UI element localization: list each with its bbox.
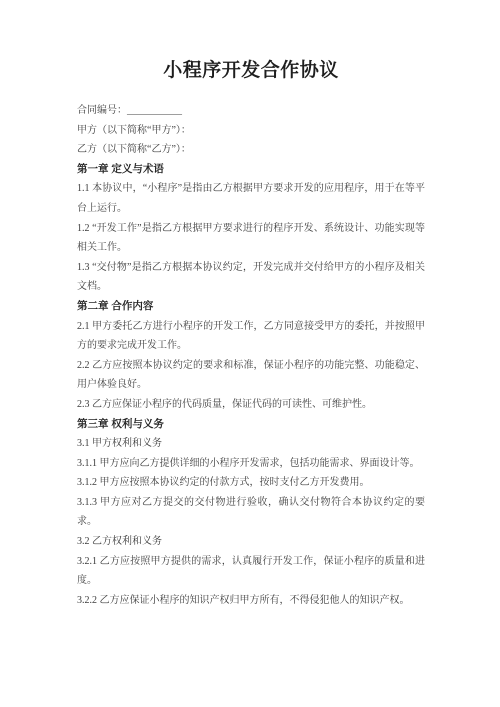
section-3-heading: 第三章 权利与义务 [77, 415, 425, 435]
clause-1-1: 1.1 本协议中，“小程序”是指由乙方根据甲方要求开发的应用程序，用于在等平台上… [77, 179, 425, 218]
document-title: 小程序开发合作协议 [77, 57, 425, 85]
contract-number-line: 合同编号：___________ [77, 101, 425, 121]
clause-3-1-3: 3.1.3 甲方应对乙方提交的交付物进行验收，确认交付物符合本协议约定的要求。 [77, 493, 425, 532]
clause-3-1-1: 3.1.1 甲方应向乙方提供详细的小程序开发需求，包括功能需求、界面设计等。 [77, 454, 425, 474]
party-a-line: 甲方（以下简称“甲方”）： [77, 121, 425, 141]
clause-3-2: 3.2 乙方权利和义务 [77, 532, 425, 552]
document-body: 合同编号：___________ 甲方（以下简称“甲方”）： 乙方（以下简称“乙… [77, 101, 425, 610]
clause-1-2: 1.2 “开发工作”是指乙方根据甲方要求进行的程序开发、系统设计、功能实现等相关… [77, 219, 425, 258]
party-b-line: 乙方（以下简称“乙方”）： [77, 140, 425, 160]
contract-number-label: 合同编号： [77, 105, 127, 116]
clause-3-1: 3.1 甲方权利和义务 [77, 434, 425, 454]
clause-3-2-1: 3.2.1 乙方应按照甲方提供的需求，认真履行开发工作，保证小程序的质量和进度。 [77, 552, 425, 591]
clause-3-2-2: 3.2.2 乙方应保证小程序的知识产权归甲方所有，不得侵犯他人的知识产权。 [77, 591, 425, 611]
contract-number-blank-field: ___________ [127, 105, 182, 116]
clause-2-2: 2.2 乙方应按照本协议约定的要求和标准，保证小程序的功能完整、功能稳定、用户体… [77, 356, 425, 395]
section-1-heading: 第一章 定义与术语 [77, 160, 425, 180]
clause-1-3: 1.3 “交付物”是指乙方根据本协议约定，开发完成并交付给甲方的小程序及相关文档… [77, 258, 425, 297]
section-2-heading: 第二章 合作内容 [77, 297, 425, 317]
clause-2-1: 2.1 甲方委托乙方进行小程序的开发工作，乙方同意接受甲方的委托，并按照甲方的要… [77, 317, 425, 356]
contract-document-page: 小程序开发合作协议 合同编号：___________ 甲方（以下简称“甲方”）：… [0, 0, 500, 707]
clause-3-1-2: 3.1.2 甲方应按照本协议约定的付款方式，按时支付乙方开发费用。 [77, 473, 425, 493]
clause-2-3: 2.3 乙方应保证小程序的代码质量，保证代码的可读性、可维护性。 [77, 395, 425, 415]
